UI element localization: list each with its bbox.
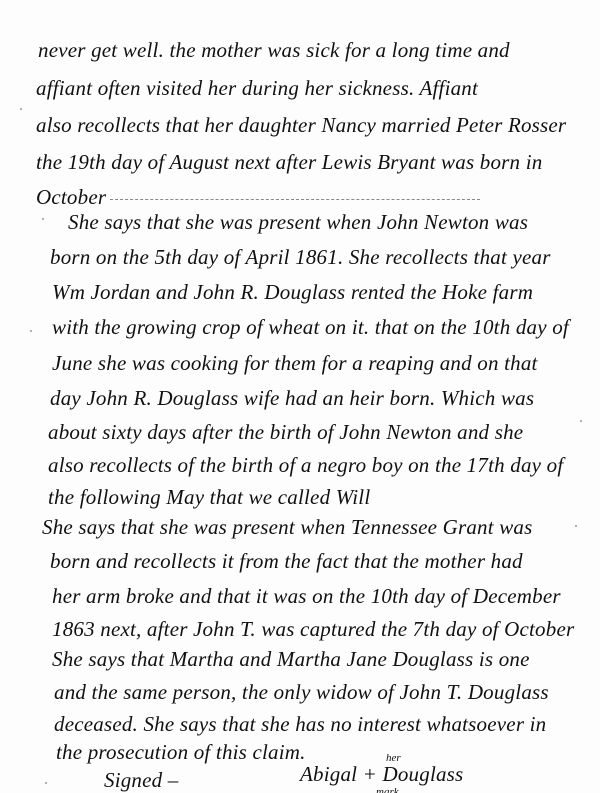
scan-speck <box>580 420 582 422</box>
scan-speck <box>45 782 47 784</box>
text-line: the following May that we called Will <box>48 485 370 510</box>
text-line: 1863 next, after John T. was captured th… <box>52 617 574 642</box>
text-line: with the growing crop of wheat on it. th… <box>52 315 569 340</box>
text-fragment: October <box>36 185 106 209</box>
text-line: She says that Martha and Martha Jane Dou… <box>52 647 530 672</box>
text-line: June she was cooking for them for a reap… <box>52 351 538 376</box>
signature-last-name: Douglass <box>382 762 463 786</box>
signed-dash: – <box>162 768 178 792</box>
text-line: about sixty days after the birth of John… <box>48 420 523 445</box>
signature-mark: + <box>363 762 377 786</box>
line-filler <box>110 199 480 200</box>
text-line: born on the 5th day of April 1861. She r… <box>50 245 551 270</box>
text-line: deceased. She says that she has no inter… <box>54 712 546 737</box>
text-line: the prosecution of this claim. <box>56 740 306 765</box>
text-line: born and recollects it from the fact tha… <box>50 549 523 574</box>
text-line: the 19th day of August next after Lewis … <box>36 150 542 175</box>
text-line: and the same person, the only widow of J… <box>54 680 549 705</box>
document-page: never get well. the mother was sick for … <box>0 0 600 793</box>
signature-first-name: Abigal <box>300 762 357 786</box>
mark-below-label: mark <box>376 786 399 793</box>
text-line: never get well. the mother was sick for … <box>38 38 510 63</box>
text-line: Wm Jordan and John R. Douglass rented th… <box>52 280 533 305</box>
scan-speck <box>575 525 577 527</box>
text-line: affiant often visited her during her sic… <box>36 76 478 101</box>
scan-speck <box>42 218 44 220</box>
text-line: October <box>36 185 480 210</box>
text-line: also recollects that her daughter Nancy … <box>36 113 566 138</box>
scan-speck <box>30 330 32 332</box>
text-line: She says that she was present when Tenne… <box>42 515 532 540</box>
text-line: her arm broke and that it was on the 10t… <box>52 584 561 609</box>
text-line: day John R. Douglass wife had an heir bo… <box>50 386 534 411</box>
signature: Abigal + Douglass <box>300 762 463 787</box>
signed-text: Signed <box>104 768 162 792</box>
scan-speck <box>20 108 22 110</box>
mark-above-label: her <box>386 752 401 764</box>
text-line: also recollects of the birth of a negro … <box>48 453 563 478</box>
signed-label: Signed – <box>104 768 179 793</box>
text-line: She says that she was present when John … <box>68 210 528 235</box>
